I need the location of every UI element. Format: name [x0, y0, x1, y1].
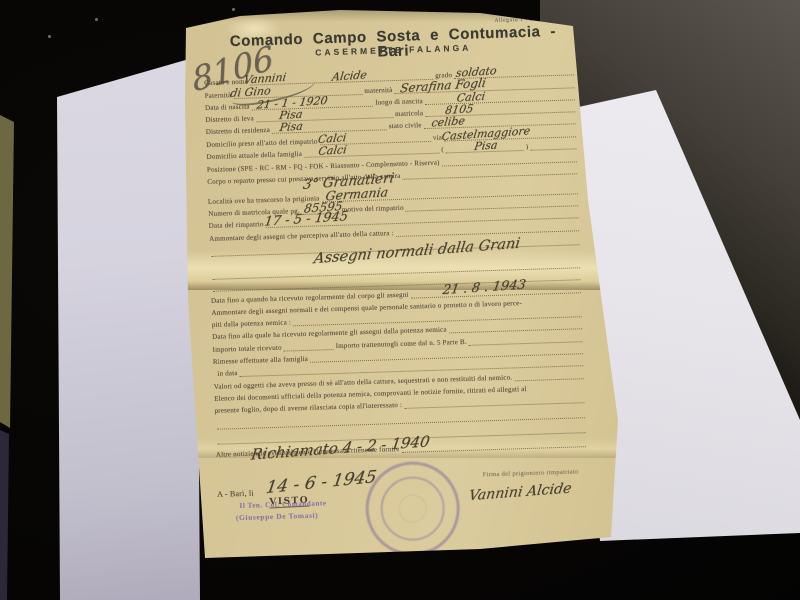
field-residenza-label: Distretto di residenza — [206, 126, 271, 136]
signature-caption: Firma del prigioniero rimpatriato — [483, 469, 579, 479]
commander-name-stamp: (Giuseppe De Tomasi) — [236, 512, 319, 523]
field-importo-label: Importo totale ricevuto — [212, 344, 281, 354]
hw-stato-civile: celibe — [431, 114, 466, 129]
dust-speck — [95, 18, 98, 21]
hw-paren-pisa: Pisa — [473, 138, 498, 153]
field-matricola-label: matricola — [395, 109, 423, 118]
hw-prisoner-signature: Vannini Alcide — [468, 480, 573, 504]
field-maternita-label: maternità — [364, 86, 392, 95]
hw-residenza: Pisa — [279, 119, 304, 134]
place-label: A - Bari, li — [217, 488, 254, 498]
field-stato-label: stato civile — [389, 121, 422, 130]
text-compensi-2: piti dalla potenza nemica : — [212, 318, 291, 329]
dotted-rule — [404, 400, 584, 409]
form-content: Allegato 1 - Parte A Comando Campo Sosta… — [203, 32, 591, 563]
field-nascita-label: Data di nascita — [205, 103, 250, 112]
hw-firstname: Alcide — [331, 68, 368, 83]
field-paternita-label: Paternità — [205, 91, 232, 100]
text-elenco-2: presente foglio, dopo di averne rilascia… — [214, 401, 402, 415]
paren-open: ( — [441, 145, 444, 153]
field-luogo-label: luogo di nascita — [375, 97, 423, 107]
commander-title-stamp: Il Ten. Col. Comandante — [239, 500, 326, 510]
circular-ink-stamp — [364, 460, 461, 557]
dotted-rule — [403, 171, 578, 179]
dotted-rule — [530, 146, 576, 150]
field-indata-label: in data — [217, 369, 238, 378]
dust-speck — [232, 8, 235, 11]
field-domicilio-famiglia-label: Domicilio attuale della famiglia — [206, 150, 302, 161]
field-motivo-label: motivo del rimpatrio — [342, 204, 404, 214]
paren-close: ) — [526, 143, 529, 151]
dust-speck — [48, 35, 51, 38]
field-leva-label: Distretto di leva — [205, 114, 254, 124]
dotted-rule — [402, 444, 586, 453]
photo-of-document: Allegato 1 - Parte A Comando Campo Sosta… — [0, 0, 800, 600]
field-ammontare-label: Ammontare degli assegni che percepiva al… — [209, 229, 394, 243]
field-data-rimpatrio-label: Data del rimpatrio — [209, 220, 264, 230]
dotted-rule — [284, 347, 334, 352]
hw-domicilio-famiglia: Calci — [317, 143, 347, 158]
field-rimesse-label: Rimesse effettuate alla famiglia — [213, 355, 308, 366]
